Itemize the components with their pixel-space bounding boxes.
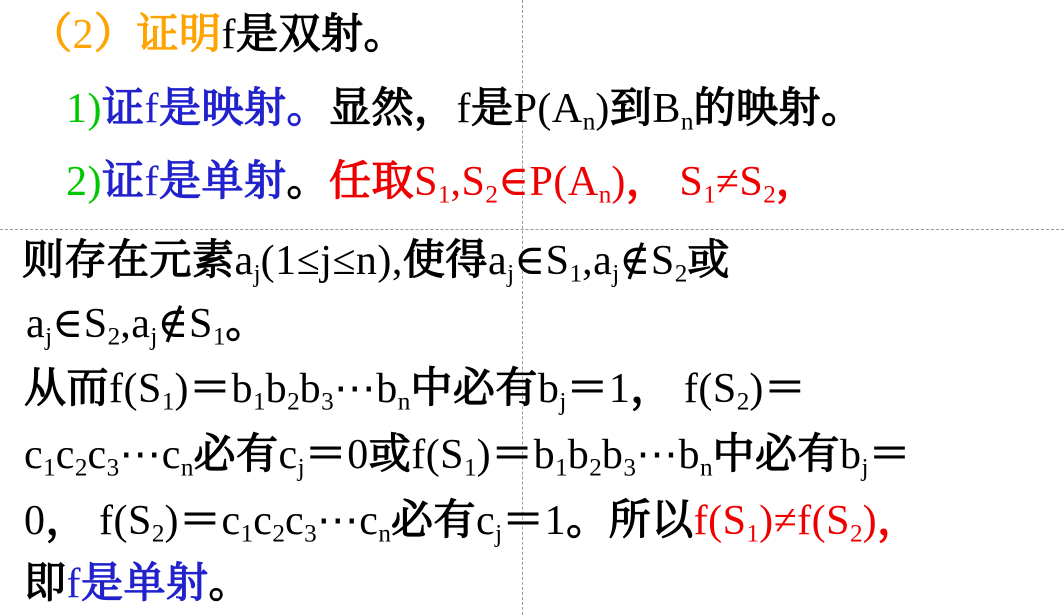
subscript-text: j (862, 455, 869, 482)
text-line-7: c1c2c3⋯cn必有cj＝0或f(S1)＝b1b2b3⋯bn中必有bj＝ (24, 428, 911, 484)
segment-text: )＝b (477, 432, 556, 478)
segment-text: f是单射 (67, 561, 209, 607)
segment-text: 或 (687, 238, 730, 284)
segment-text: ∉S (619, 238, 674, 284)
segment-text: )， S (611, 159, 703, 205)
segment-text: ∈S (52, 301, 107, 347)
subscript-text: n (583, 109, 596, 136)
subscript-text: j (298, 455, 305, 482)
text-line-8: 0， f(S2)＝c1c2c3⋯cn必有cj＝1。所以f(S1)≠f(S2)， (24, 494, 920, 550)
cjk-text: 必有 (194, 430, 279, 477)
subscript-text: 2 (589, 455, 602, 482)
cjk-text: ＝ (869, 430, 912, 477)
segment-text: 即 (24, 561, 67, 607)
cjk-text: ＝ (764, 364, 807, 411)
subscript-text: n (599, 182, 612, 209)
subscript-text: 3 (107, 455, 120, 482)
cjk-text: ＝ (189, 364, 232, 411)
segment-text: ,a (120, 301, 150, 347)
cjk-text: 必有 (391, 496, 476, 543)
cjk-text: 是单射 (81, 559, 209, 606)
text-line-3: 2)证f是单射。任取S1,S2∈P(An)， S1≠S2， (66, 155, 818, 211)
subscript-text: 1 (703, 182, 716, 209)
segment-text: )， (863, 498, 920, 544)
cjk-text: 。所以 (566, 496, 694, 543)
segment-text: 则存在元素a (22, 238, 254, 284)
subscript-text: n (700, 455, 713, 482)
horizontal-guide-line (0, 229, 1064, 230)
subscript-text: 2 (287, 389, 300, 416)
segment-text: )到B (595, 86, 681, 132)
text-line-5: aj∈S2,aj∉S1。 (26, 297, 268, 353)
segment-text: 证f是单射 (102, 159, 287, 205)
segment-text: 必有c (391, 498, 495, 544)
segment-text: 的映射。 (693, 86, 863, 132)
cjk-text: 或 (687, 236, 730, 283)
cjk-text: 。 (287, 157, 330, 204)
text-line-6: 从而f(S1)＝b1b2b3⋯bn中必有bj＝1， f(S2)＝ (24, 362, 806, 418)
segment-text: ⋯c (119, 432, 181, 478)
subscript-text: 2 (737, 389, 750, 416)
segment-text: c (285, 498, 304, 544)
cjk-text: 是单射 (159, 157, 287, 204)
segment-text: ,a (582, 238, 612, 284)
subscript-text: 2 (108, 324, 121, 351)
segment-text: a (26, 301, 45, 347)
segment-text: c (24, 432, 43, 478)
subscript-text: 1 (570, 261, 583, 288)
subscript-text: 2 (763, 182, 776, 209)
segment-text: ＝1， f(S (566, 366, 736, 412)
slide-canvas: （2）证明f是双射。1)证f是映射。显然，f是P(An)到Bn的映射。2)证f是… (0, 0, 1064, 615)
subscript-text: 2 (272, 521, 285, 548)
subscript-text: 3 (321, 389, 334, 416)
subscript-text: n (181, 455, 194, 482)
subscript-text: 3 (304, 521, 317, 548)
cjk-text: 或 (369, 430, 412, 477)
subscript-text: 2 (485, 182, 498, 209)
cjk-text: ， (626, 157, 669, 204)
segment-text: )≠f(S (759, 498, 850, 544)
subscript-text: 1 (241, 521, 254, 548)
segment-text: c (253, 498, 272, 544)
cjk-text: 。 (209, 559, 252, 606)
subscript-text: 2 (152, 521, 165, 548)
cjk-text: 中必有 (410, 364, 538, 411)
segment-text: f(S (694, 498, 747, 544)
cjk-text: 证 (102, 157, 145, 204)
segment-text: 0， f(S (24, 498, 152, 544)
cjk-text: 。 (225, 299, 268, 346)
text-line-4: 则存在元素aj(1≤j≤n),使得aj∈S1,aj∉S2或 (22, 234, 730, 290)
subscript-text: 1 (253, 389, 266, 416)
segment-text: ∈P(A (498, 159, 599, 205)
text-line-1: （2）证明f是双射。 (30, 8, 406, 62)
segment-text: )＝b (174, 366, 253, 412)
subscript-text: 1 (747, 521, 760, 548)
segment-text: ＝ (869, 432, 912, 478)
segment-text: ＝0或f(S (305, 432, 464, 478)
subscript-text: 2 (675, 261, 688, 288)
cjk-text: 到 (610, 84, 653, 131)
segment-text: 中必有b (410, 366, 559, 412)
segment-text: b (602, 432, 624, 478)
subscript-text: 2 (850, 521, 863, 548)
subscript-text: j (254, 261, 261, 288)
subscript-text: 1 (438, 182, 451, 209)
subscript-text: n (378, 521, 391, 548)
segment-text: ∈S (514, 238, 569, 284)
segment-text: 1) (66, 86, 102, 132)
subscript-text: n (398, 389, 411, 416)
text-line-9: 即f是单射。 (24, 557, 251, 611)
segment-text: ⋯b (636, 432, 700, 478)
cjk-text: 证 (102, 84, 145, 131)
segment-text: 显然，f是P(A (329, 86, 583, 132)
cjk-text: ＝ (305, 430, 348, 477)
cjk-text: ＝ (502, 496, 545, 543)
cjk-text: ， (46, 496, 89, 543)
cjk-text: （ (30, 10, 73, 57)
segment-text: 必有c (194, 432, 298, 478)
cjk-text: 是映射。 (159, 84, 329, 131)
cjk-text: ＝ (491, 430, 534, 477)
cjk-text: ＝ (566, 364, 609, 411)
segment-text: 中必有b (713, 432, 862, 478)
subscript-text: 1 (162, 389, 175, 416)
segment-text: 从而f(S (24, 366, 162, 412)
segment-text: （2）证明 (30, 12, 222, 58)
cjk-text: 即 (24, 559, 67, 606)
segment-text: 2) (66, 159, 102, 205)
subscript-text: 3 (623, 455, 636, 482)
segment-text: c (88, 432, 107, 478)
subscript-text: 1 (555, 455, 568, 482)
cjk-text: ， (776, 157, 819, 204)
cjk-text: ）证明 (94, 10, 222, 57)
subscript-text: 1 (213, 324, 226, 351)
segment-text: b (568, 432, 590, 478)
cjk-text: 使得 (403, 236, 488, 283)
cjk-text: ， (630, 364, 673, 411)
subscript-text: 1 (43, 455, 56, 482)
segment-text: ⋯b (334, 366, 398, 412)
segment-text: b (266, 366, 288, 412)
cjk-text: 是双射。 (236, 10, 406, 57)
cjk-text: 的映射。 (693, 84, 863, 131)
subscript-text: 2 (75, 455, 88, 482)
segment-text: )＝ (749, 366, 806, 412)
cjk-text: 则存在元素 (22, 236, 235, 283)
segment-text: (1≤j≤n),使得a (261, 238, 507, 284)
cjk-text: 从而 (24, 364, 109, 411)
segment-text: ∉S (157, 301, 212, 347)
segment-text: ≠S (716, 159, 763, 205)
cjk-text: ＝ (179, 496, 222, 543)
segment-text: 。 (287, 159, 330, 205)
subscript-text: n (681, 109, 694, 136)
cjk-text: 显然， (329, 84, 457, 131)
segment-text: c (56, 432, 75, 478)
segment-text: ＝1。所以 (502, 498, 694, 544)
segment-text: )＝c (164, 498, 240, 544)
segment-text: 。 (209, 561, 252, 607)
segment-text: ， (776, 159, 819, 205)
segment-text: 任取S (329, 159, 438, 205)
segment-text: 证f是映射。 (102, 86, 329, 132)
segment-text: ⋯c (317, 498, 379, 544)
segment-text: b (300, 366, 322, 412)
text-line-2: 1)证f是映射。显然，f是P(An)到Bn的映射。 (66, 82, 863, 138)
segment-text: ,S (451, 159, 486, 205)
cjk-text: ， (877, 496, 920, 543)
cjk-text: 是 (471, 84, 514, 131)
subscript-text: 1 (464, 455, 477, 482)
cjk-text: 中必有 (713, 430, 841, 477)
segment-text: 。 (225, 301, 268, 347)
cjk-text: 任取 (329, 157, 414, 204)
segment-text: f是双射。 (222, 12, 407, 58)
